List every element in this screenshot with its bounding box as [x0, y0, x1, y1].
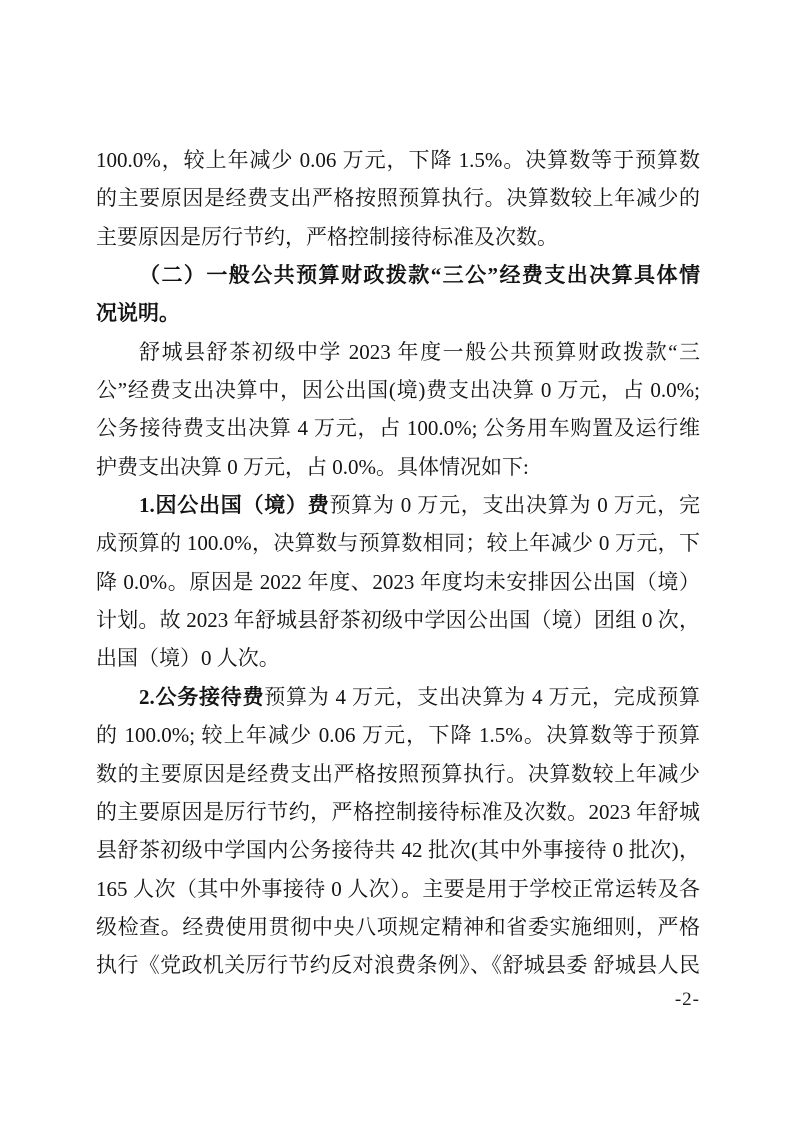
text-line: 2.公务接待费预算为 4 万元，支出决算为 4 万元，完成预算 — [96, 678, 700, 716]
section-heading-line: （二）一般公共预算财政拨款“三公”经费支出决算具体情 — [96, 256, 700, 294]
section-heading-line: 况说明。 — [96, 294, 700, 332]
text-line: 舒城县舒茶初级中学 2023 年度一般公共预算财政拨款“三 — [96, 333, 700, 371]
text-line: 165 人次（其中外事接待 0 人次）。主要是用于学校正常运转及各 — [96, 870, 700, 908]
text-line: 公务接待费支出决算 4 万元，占 100.0%; 公务用车购置及运行维 — [96, 409, 700, 447]
text-block: 100.0%，较上年减少 0.06 万元，下降 1.5%。决算数等于预算数 的主… — [96, 141, 700, 985]
text-line: 100.0%，较上年减少 0.06 万元，下降 1.5%。决算数等于预算数 — [96, 141, 700, 179]
text-line: 1.因公出国（境）费预算为 0 万元，支出决算为 0 万元，完 — [96, 486, 700, 524]
paragraph-item2-reception-expense: 2.公务接待费预算为 4 万元，支出决算为 4 万元，完成预算 的 100.0%… — [96, 678, 700, 985]
text-line: 计划。故 2023 年舒城县舒茶初级中学因公出国（境）团组 0 次， — [96, 601, 700, 639]
text-line: 的主要原因是厉行节约，严格控制接待标准及次数。2023 年舒城 — [96, 793, 700, 831]
paragraph-continued-intro: 100.0%，较上年减少 0.06 万元，下降 1.5%。决算数等于预算数 的主… — [96, 141, 700, 256]
text-line: 县舒茶初级中学国内公务接待共 42 批次(其中外事接待 0 批次)， — [96, 831, 700, 869]
page-number: -2- — [675, 989, 700, 1011]
document-page: 100.0%，较上年减少 0.06 万元，下降 1.5%。决算数等于预算数 的主… — [0, 0, 793, 1122]
text-line: 降 0.0%。原因是 2022 年度、2023 年度均未安排因公出国（境） — [96, 563, 700, 601]
text-line: 公”经费支出决算中，因公出国(境)费支出决算 0 万元，占 0.0%; — [96, 371, 700, 409]
text-line: 执行《党政机关厉行节约反对浪费条例》、《舒城县委 舒城县人民 — [96, 946, 700, 984]
text-line: 成预算的 100.0%，决算数与预算数相同；较上年减少 0 万元，下 — [96, 524, 700, 562]
text-line: 级检查。经费使用贯彻中央八项规定精神和省委实施细则，严格 — [96, 908, 700, 946]
paragraph-item1-abroad-expense: 1.因公出国（境）费预算为 0 万元，支出决算为 0 万元，完 成预算的 100… — [96, 486, 700, 678]
text-line: 出国（境）0 人次。 — [96, 639, 700, 677]
paragraph-overview: 舒城县舒茶初级中学 2023 年度一般公共预算财政拨款“三 公”经费支出决算中，… — [96, 333, 700, 486]
text-line: 护费支出决算 0 万元，占 0.0%。具体情况如下: — [96, 448, 700, 486]
text-line: 的 100.0%; 较上年减少 0.06 万元，下降 1.5%。决算数等于预算 — [96, 716, 700, 754]
text-line: 主要原因是厉行节约，严格控制接待标准及次数。 — [96, 218, 700, 256]
text-line: 的主要原因是经费支出严格按照预算执行。决算数较上年减少的 — [96, 179, 700, 217]
text-line: 数的主要原因是经费支出严格按照预算执行。决算数较上年减少 — [96, 755, 700, 793]
section-heading: （二）一般公共预算财政拨款“三公”经费支出决算具体情 况说明。 — [96, 256, 700, 333]
